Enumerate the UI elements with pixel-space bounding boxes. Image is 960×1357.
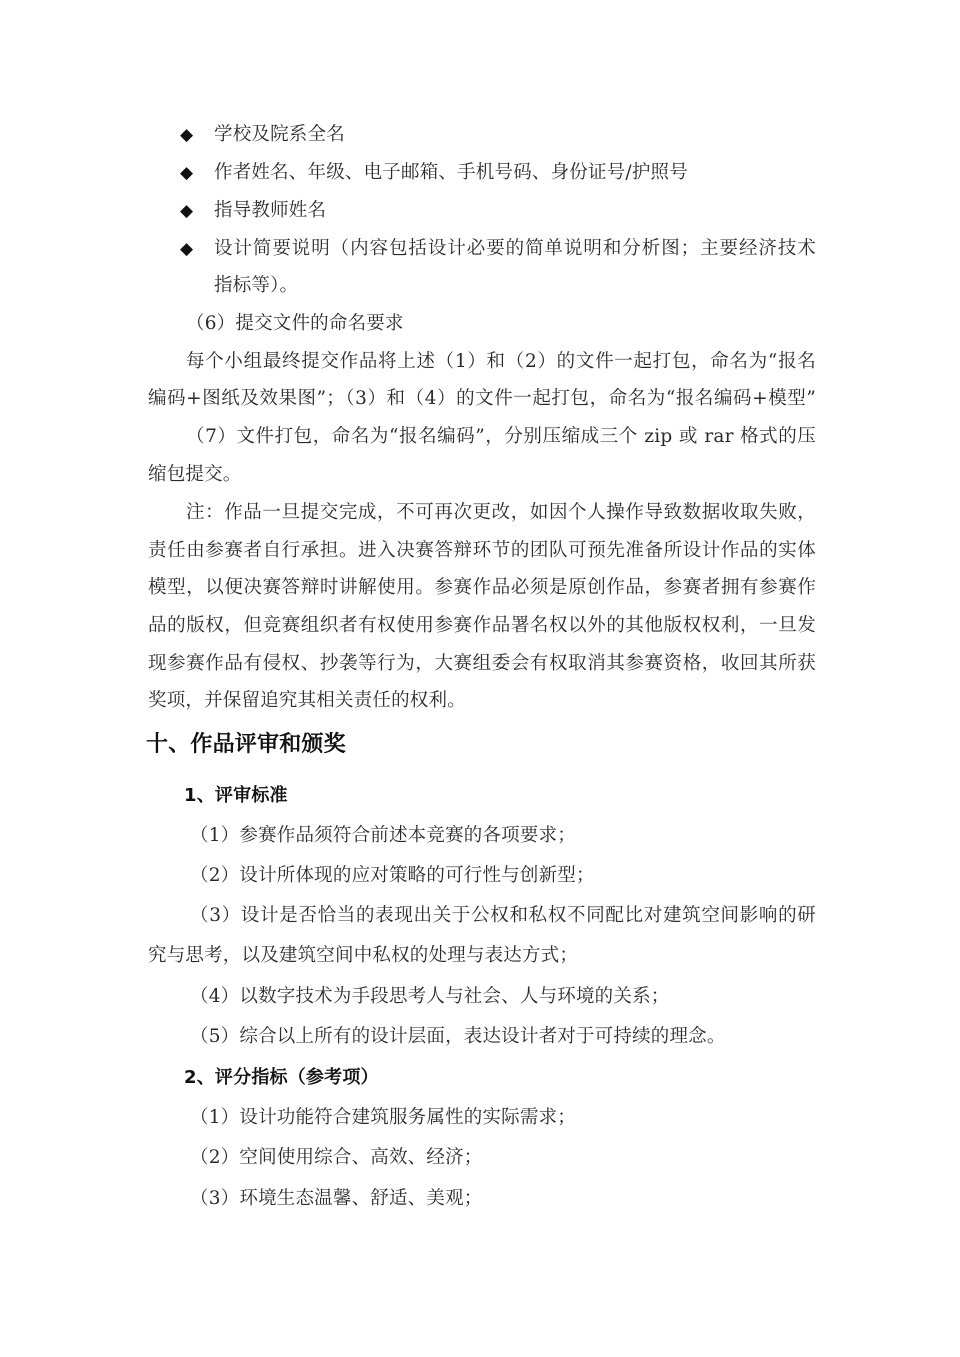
criteria-item: （1）参赛作品须符合前述本竞赛的各项要求； (190, 824, 576, 848)
note-line: 注：作品一旦提交完成，不可再次更改，如因个人操作导致数据收取失败， (186, 501, 816, 525)
criteria-item: （3）设计是否恰当的表现出关于公权和私权不同配比对建筑空间影响的研 (190, 904, 816, 928)
bullet-item: 设计简要说明（内容包括设计必要的简单说明和分析图；主要经济技术 (214, 237, 816, 261)
note-line: 责任由参赛者自行承担。进入决赛答辩环节的团队可预先准备所设计作品的实体 (148, 539, 816, 563)
note-line: 现参赛作品有侵权、抄袭等行为，大赛组委会有权取消其参赛资格，收回其所获 (148, 652, 816, 676)
diamond-bullet-icon: ◆ (180, 123, 193, 147)
section-title: 十、作品评审和颁奖 (146, 731, 346, 759)
item6-line: 编码+图纸及效果图”；（3）和（4）的文件一起打包，命名为“报名编码+模型” (148, 387, 816, 411)
criteria-item: （2）设计所体现的应对策略的可行性与创新型； (190, 864, 595, 888)
scoring-item: （2）空间使用综合、高效、经济； (190, 1146, 482, 1170)
criteria-item: （4）以数字技术为手段思考人与社会、人与环境的关系； (190, 985, 669, 1009)
criteria-item-continuation: 究与思考，以及建筑空间中私权的处理与表达方式； (148, 944, 578, 968)
item6-heading: （6）提交文件的命名要求 (186, 312, 404, 336)
item7-line: （7）文件打包，命名为“报名编码”，分别压缩成三个 zip 或 rar 格式的压 (186, 425, 816, 449)
criteria-item: （5）综合以上所有的设计层面，表达设计者对于可持续的理念。 (190, 1025, 726, 1049)
diamond-bullet-icon: ◆ (180, 161, 193, 185)
subsection-title: 2、评分指标（参考项） (184, 1066, 379, 1090)
bullet-item: 作者姓名、年级、电子邮箱、手机号码、身份证号/护照号 (214, 161, 688, 185)
scoring-item: （3）环境生态温馨、舒适、美观； (190, 1187, 482, 1211)
diamond-bullet-icon: ◆ (180, 237, 193, 261)
note-line: 品的版权，但竞赛组织者有权使用参赛作品署名权以外的其他版权权利，一旦发 (148, 614, 816, 638)
scoring-item: （1）设计功能符合建筑服务属性的实际需求； (190, 1106, 576, 1130)
item6-line: 每个小组最终提交作品将上述（1）和（2）的文件一起打包，命名为“报名 (186, 350, 816, 374)
note-line: 模型，以便决赛答辩时讲解使用。参赛作品必须是原创作品，参赛者拥有参赛作 (148, 576, 816, 600)
diamond-bullet-icon: ◆ (180, 199, 193, 223)
subsection-title: 1、评审标准 (184, 784, 288, 808)
note-line: 奖项，并保留追究其相关责任的权利。 (148, 689, 466, 713)
item7-line: 缩包提交。 (148, 463, 242, 487)
bullet-item-continuation: 指标等）。 (214, 274, 298, 298)
document-page: ◆ 学校及院系全名 ◆ 作者姓名、年级、电子邮箱、手机号码、身份证号/护照号 ◆… (0, 0, 960, 1357)
bullet-item: 指导教师姓名 (214, 199, 326, 223)
bullet-item: 学校及院系全名 (214, 123, 345, 147)
